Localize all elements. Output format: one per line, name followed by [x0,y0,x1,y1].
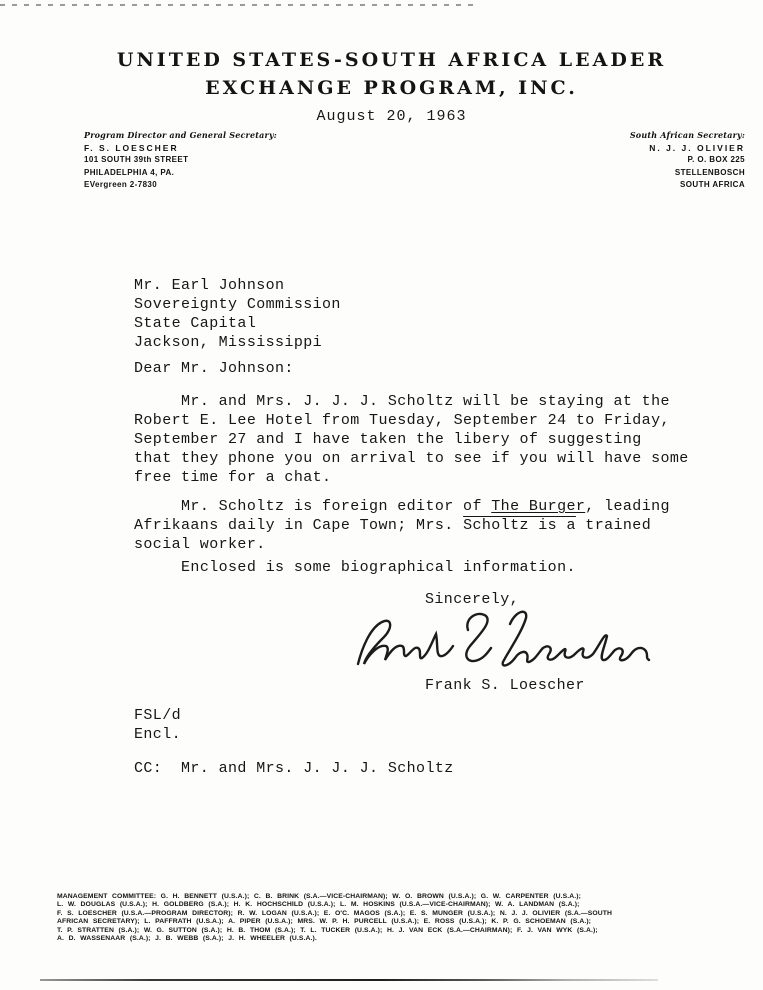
program-director-street: 101 SOUTH 39th STREET [84,154,277,167]
typed-signature-name: Frank S. Loescher [425,676,585,695]
program-director-phone: EVergreen 2-7830 [84,179,277,192]
footer-line-2: L. W. DOUGLAS (U.S.A.); H. GOLDBERG (S.A… [57,901,717,909]
management-committee-footer: MANAGEMENT COMMITTEE: G. H. BENNETT (U.S… [57,893,717,943]
body-paragraph-1: Mr. and Mrs. J. J. J. Scholtz will be st… [134,392,694,487]
body-paragraph-3: Enclosed is some biographical informatio… [134,558,576,577]
cc-line: CC: Mr. and Mrs. J. J. J. Scholtz [134,759,454,778]
organization-title: UNITED STATES-SOUTH AFRICA LEADER EXCHAN… [20,46,763,102]
organization-title-line1: UNITED STATES-SOUTH AFRICA LEADER [20,46,763,74]
salutation: Dear Mr. Johnson: [134,359,294,378]
sa-secretary-pobox: P. O. BOX 225 [630,154,745,167]
recipient-address-block: Mr. Earl Johnson Sovereignty Commission … [134,276,341,352]
program-director-name: F. S. LOESCHER [84,142,277,155]
underlined-publication-name: The Burger [491,498,585,515]
footer-line-6: A. D. WASSENAAR (S.A.); J. B. WEBB (S.A.… [57,935,717,943]
handwritten-signature-image [352,606,652,678]
letter-date: August 20, 1963 [20,108,763,125]
footer-line-5: T. P. STRATTEN (S.A.); W. G. SUTTON (S.A… [57,927,717,935]
paragraph-2-text: Mr. Scholtz is foreign editor of [134,498,491,515]
program-director-city: PHILADELPHIA 4, PA. [84,167,277,180]
footer-line-1: MANAGEMENT COMMITTEE: G. H. BENNETT (U.S… [57,893,717,901]
top-perforation-line [0,4,477,6]
footer-line-3: F. S. LOESCHER (U.S.A.—PROGRAM DIRECTOR)… [57,910,717,918]
organization-title-line2: EXCHANGE PROGRAM, INC. [20,74,763,102]
bottom-scan-edge-line [40,979,658,981]
sa-secretary-town: STELLENBOSCH [630,167,745,180]
letter-page: UNITED STATES-SOUTH AFRICA LEADER EXCHAN… [0,0,763,990]
letterhead-left-block: Program Director and General Secretary: … [84,129,277,192]
sa-secretary-name: N. J. J. OLIVIER [630,142,745,155]
sa-secretary-role-label: South African Secretary: [630,129,745,142]
sa-secretary-country: SOUTH AFRICA [630,179,745,192]
reference-initials-enclosure: FSL/d Encl. [134,706,181,744]
program-director-role-label: Program Director and General Secretary: [84,129,277,142]
footer-line-4: AFRICAN SECRETARY); L. PAFFRATH (U.S.A.)… [57,918,717,926]
overline-artifact-text: Scholtz is a [463,517,576,534]
letterhead-right-block: South African Secretary: N. J. J. OLIVIE… [630,129,745,192]
body-paragraph-2: Mr. Scholtz is foreign editor of The Bur… [134,497,694,554]
